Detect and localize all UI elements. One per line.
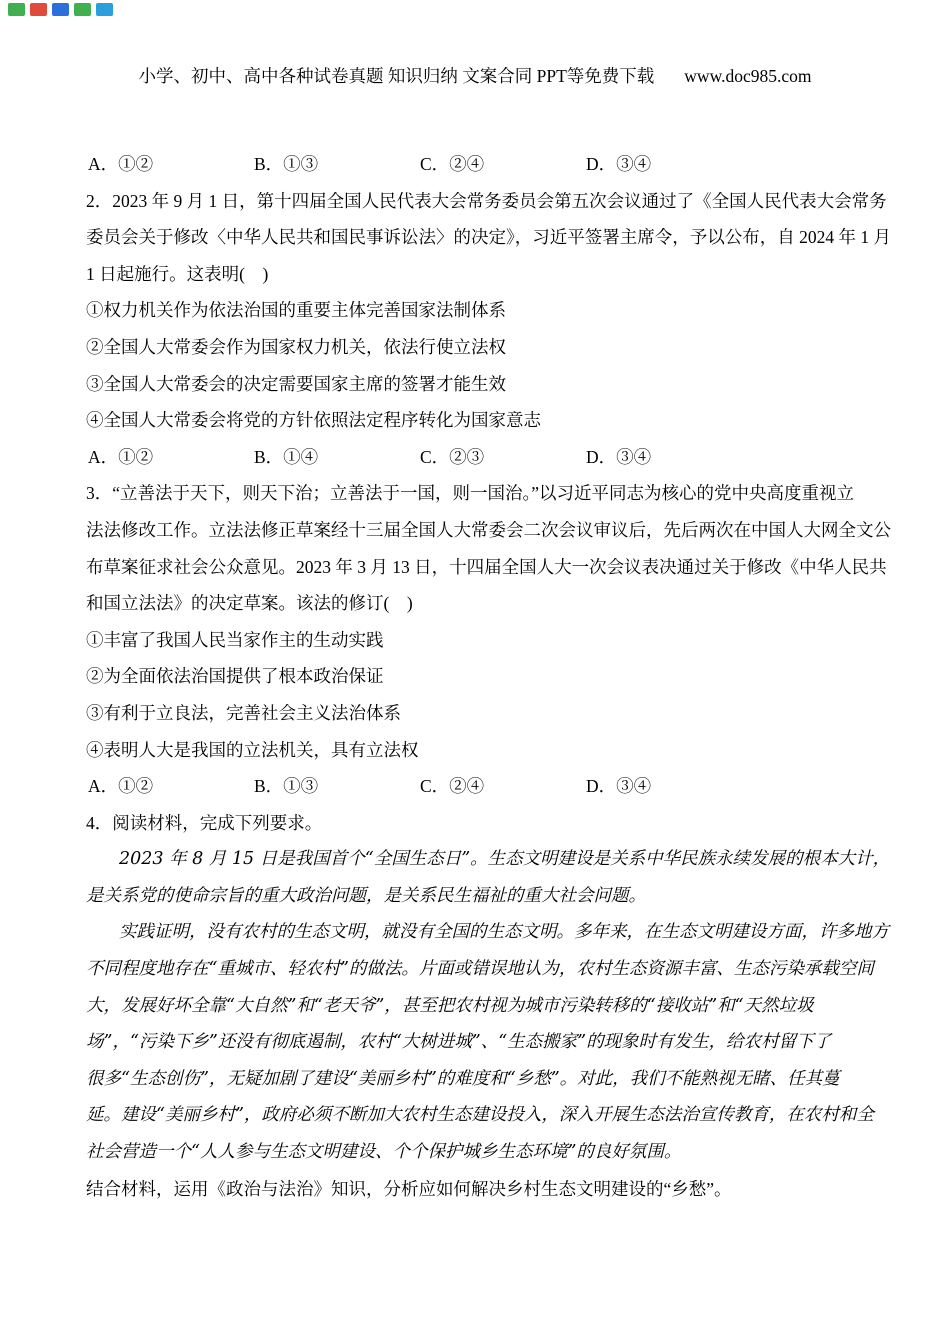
answer-option: A．①② [88,439,254,476]
file-type-icon [52,3,69,16]
material-line: 延。建设“美丽乡村”，政府必须不断加大农村生态建设投入，深入开展生态法治宣传教育… [86,1097,898,1134]
question-text-line: 结合材料，运用《政治与法治》知识，分析应如何解决乡村生态文明建设的“乡愁”。 [86,1171,898,1208]
question-text-line: ③全国人大常委会的决定需要国家主席的签署才能生效 [86,366,898,403]
question-text-line: 4．阅读材料，完成下列要求。 [86,805,898,842]
answer-option: C．②④ [420,146,586,183]
question-text-line: 法法修改工作。立法法修正草案经十三届全国人大常委会二次会议审议后，先后两次在中国… [86,512,898,549]
material-line: 大，发展好坏全靠“大自然”和“老天爷”，甚至把农村视为城市污染转移的“接收站”和… [86,988,898,1025]
document-body: A．①②B．①③C．②④D．③④2．2023 年 9 月 1 日，第十四届全国人… [86,146,898,1207]
question-text-line: ④表明人大是我国的立法机关，具有立法权 [86,732,898,769]
answer-options-row: A．①②B．①④C．②③D．③④ [86,439,898,476]
page-header: 小学、初中、高中各种试卷真题 知识归纳 文案合同 PPT等免费下载www.doc… [0,63,950,88]
file-type-icon [30,3,47,16]
exam-document-page: 小学、初中、高中各种试卷真题 知识归纳 文案合同 PPT等免费下载www.doc… [0,0,950,1344]
question-text-line: ②为全面依法治国提供了根本政治保证 [86,658,898,695]
question-text-line: ①权力机关作为依法治国的重要主体完善国家法制体系 [86,292,898,329]
answer-options-row: A．①②B．①③C．②④D．③④ [86,768,898,805]
answer-option: A．①② [88,146,254,183]
question-text-line: 委员会关于修改〈中华人民共和国民事诉讼法〉的决定》，习近平签署主席令，予以公布，… [86,219,898,256]
answer-option: A．①② [88,768,254,805]
site-url: www.doc985.com [684,66,811,86]
file-type-icon [96,3,113,16]
material-line: 2023 年 8 月 15 日是我国首个“全国生态日”。生态文明建设是关系中华民… [86,841,898,878]
answer-option: C．②④ [420,768,586,805]
answer-option: B．①③ [254,146,420,183]
answer-option: D．③④ [586,768,651,805]
material-line: 场”，“污染下乡”还没有彻底遏制，农村“大树进城”、“生态搬家”的现象时有发生，… [86,1024,898,1061]
question-text-line: ①丰富了我国人民当家作主的生动实践 [86,622,898,659]
material-line: 实践证明，没有农村的生态文明，就没有全国的生态文明。多年来，在生态文明建设方面，… [86,914,898,951]
material-line: 很多“生态创伤”，无疑加剧了建设“美丽乡村”的难度和“乡愁”。对此，我们不能熟视… [86,1061,898,1098]
file-type-icons [8,3,113,16]
question-text-line: 和国立法法》的决定草案。该法的修订( ) [86,585,898,622]
material-line: 社会营造一个“人人参与生态文明建设、个个保护城乡生态环境”的良好氛围。 [86,1134,898,1171]
answer-option: B．①③ [254,768,420,805]
question-text-line: 2．2023 年 9 月 1 日，第十四届全国人民代表大会常务委员会第五次会议通… [86,183,898,220]
answer-options-row: A．①②B．①③C．②④D．③④ [86,146,898,183]
question-text-line: ③有利于立良法，完善社会主义法治体系 [86,695,898,732]
header-promo-text: 小学、初中、高中各种试卷真题 知识归纳 文案合同 PPT等免费下载 [139,66,655,86]
material-line: 是关系党的使命宗旨的重大政治问题，是关系民生福祉的重大社会问题。 [86,878,898,915]
answer-option: B．①④ [254,439,420,476]
question-text-line: ②全国人大常委会作为国家权力机关，依法行使立法权 [86,329,898,366]
question-text-line: 3．“立善法于天下，则天下治；立善法于一国，则一国治。”以习近平同志为核心的党中… [86,475,898,512]
file-type-icon [74,3,91,16]
answer-option: D．③④ [586,439,651,476]
material-line: 不同程度地存在“重城市、轻农村”的做法。片面或错误地认为，农村生态资源丰富、生态… [86,951,898,988]
question-text-line: ④全国人大常委会将党的方针依照法定程序转化为国家意志 [86,402,898,439]
file-type-icon [8,3,25,16]
question-text-line: 布草案征求社会公众意见。2023 年 3 月 13 日，十四届全国人大一次会议表… [86,549,898,586]
answer-option: C．②③ [420,439,586,476]
answer-option: D．③④ [586,146,651,183]
question-text-line: 1 日起施行。这表明( ) [86,256,898,293]
